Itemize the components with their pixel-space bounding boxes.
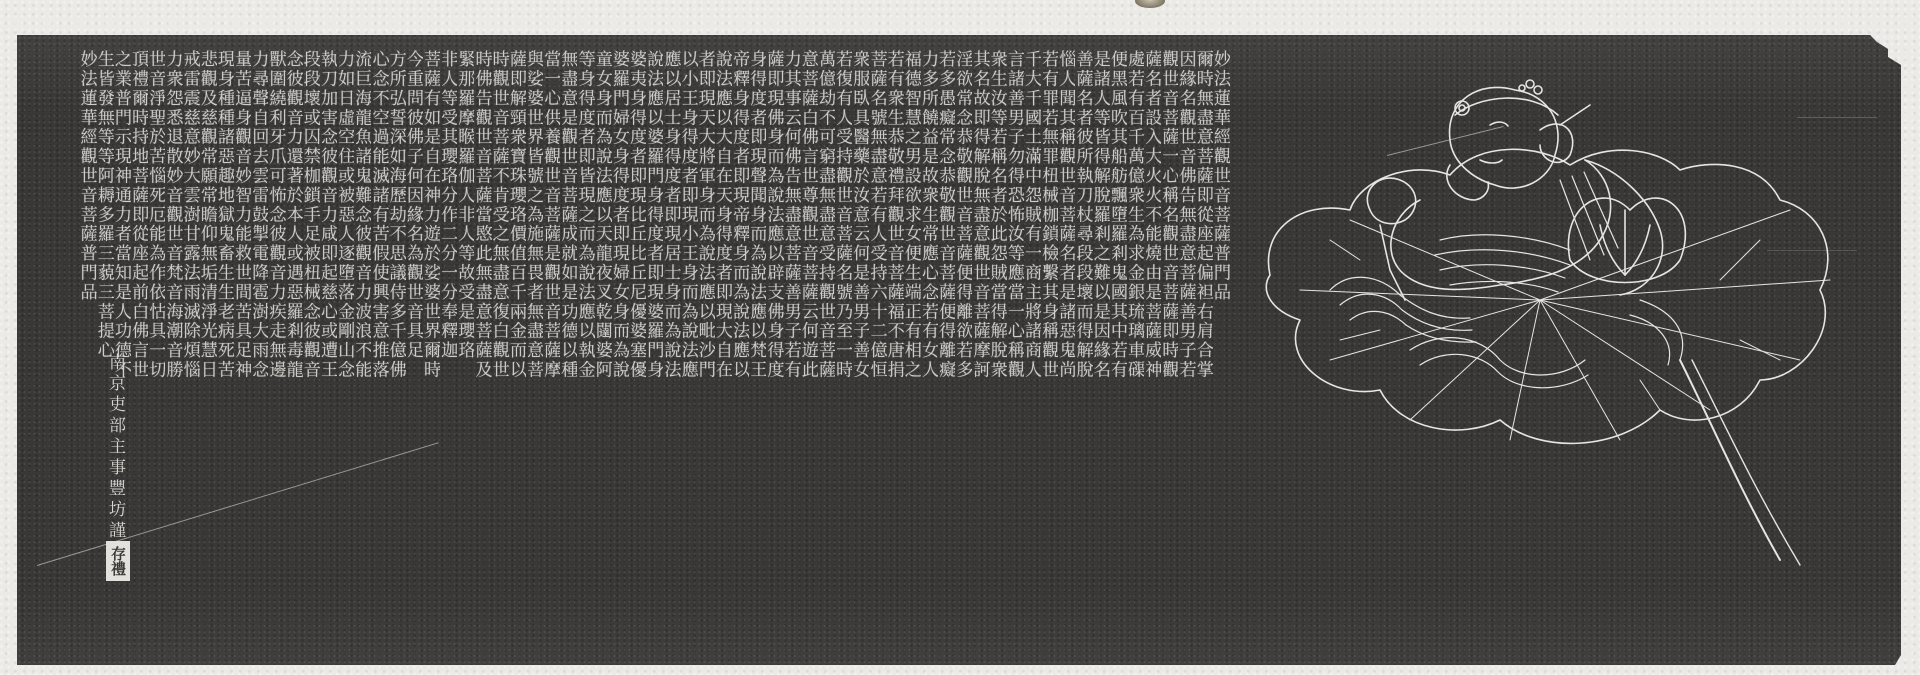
sutra-column: 帝釋身得度者即現帝釋身而為說法應以	[732, 50, 749, 595]
sutra-column: 觀世音菩薩一心稱名觀世音菩薩即時觀	[1161, 50, 1178, 595]
lotus-leaf-veins	[1300, 210, 1830, 440]
sutra-column: 者即現天大將軍身而為說法應以毗沙門	[698, 50, 715, 595]
sutra-column: 執刀加害念彼觀音力咸即起慈心或遭王	[320, 50, 337, 595]
sutra-column: 婆夷身得度者即現比丘比丘尼優婆塞優	[629, 50, 646, 595]
sutra-column: 戒雷震慈意妙大雲澍甘露法雨滅除煩惱	[183, 50, 200, 595]
sutra-column: 無盡意是觀世音菩薩成就如是功德以種	[560, 50, 577, 595]
sutra-column: 衆生汝等若稱名者於此怨賊當得解脫衆	[990, 50, 1007, 595]
sutra-column: 世音淨聖於苦惱死厄能為作依怙具一切	[148, 50, 165, 595]
sutra-text: 妙法蓮華經觀世音菩薩普門品爾時無盡意菩薩即從座起偏袒右肩合掌因緣名觀世音佛告無盡…	[80, 50, 1230, 595]
guanyin-figure	[1240, 60, 1880, 620]
sutra-column: 應以居士身得度者即現居士身而為說法	[663, 50, 680, 595]
sutra-column: 淫欲常念恭敬觀世音菩薩便得離欲若多	[955, 50, 972, 595]
sutra-column: 妙法蓮華經觀世音菩薩普門品	[1213, 50, 1230, 595]
sutra-column: 力如日虛空住或被惡人逐墮落金剛山念	[337, 50, 354, 595]
artist-seal: 存禮	[106, 541, 130, 581]
sutra-column: 福德智慧之男設欲求女便生端正有相之	[904, 50, 921, 595]
sutra-column: 若有衆生恭敬禮拜觀世音菩薩福不唐捐	[887, 50, 904, 595]
sutra-column: 其名故即得解脫無盡意觀世音菩薩摩訶	[972, 50, 989, 595]
sutra-column: 妙法蓮華經觀世音菩薩普門品	[79, 50, 96, 595]
sutra-column: 薩即現佛身而為說法應以辟支佛身得度	[766, 50, 783, 595]
sutra-column: 身得度者即現聲聞身而為說法應以梵王	[749, 50, 766, 595]
sutra-column: 衆服臥具醫藥於汝意云何是善男子善女	[852, 50, 869, 595]
sutra-column: 薩名者設入大火火不能燒由是菩薩威神	[1144, 50, 1161, 595]
sutra-column: 爾時無盡意菩薩即從座起偏袒右肩合掌	[1196, 50, 1213, 595]
hair-bun	[1540, 124, 1573, 162]
sutra-column: 量苦逼身觀音妙智力能救世間苦具足神	[234, 50, 251, 595]
sutra-column: 善薩名者彼所執刀杖尋段段壞而得解脫	[1075, 50, 1092, 595]
sutra-column: 說法應以婆羅門身得度者即現婆羅門身	[646, 50, 663, 595]
lotus-leaf-outline	[1266, 149, 1828, 443]
sutra-column: 便黑風吹其船舫飄墮羅剎鬼國其中若有	[1110, 50, 1127, 595]
sutra-column: 等身得度者即皆現之而為說法應以執金	[577, 50, 594, 595]
sutra-column: 心念不空過能滅諸有苦假使興害意推落	[371, 50, 388, 595]
sutra-column: 菩薩有如是自在神力遊於娑婆世界爾時	[423, 50, 440, 595]
sutra-column: 當一心供養觀世音菩薩是觀世音菩薩摩	[543, 50, 560, 595]
sutra-column: 言諸善男子勿得恐怖汝等應當一心稱觀	[1007, 50, 1024, 595]
sutra-column: 因緣名觀世音佛告無盡意菩薩善男子若	[1178, 50, 1195, 595]
sutra-column: 若復有人受持觀世音菩薩名號乃至一時	[835, 50, 852, 595]
sutra-column: 處若有百千萬億衆生為求金銀琉璃車磲	[1127, 50, 1144, 595]
robe-folds	[1330, 172, 1683, 388]
attendant-child	[1367, 178, 1415, 224]
sutra-column: 念彼觀音力還著於本人或遇惡羅剎毒龍	[286, 50, 303, 595]
hairpin	[1560, 105, 1590, 125]
sutra-column: 意菩薩白佛言世尊觀世音菩薩云何遊此	[801, 50, 818, 595]
sutra-column: 說法應以大自在天身得度者即現大自在	[715, 50, 732, 595]
sutra-column: 力其事云何佛告無盡意菩薩善男子若有	[784, 50, 801, 595]
sutra-column: 以小王身得度者即現小王身而為說法應	[681, 50, 698, 595]
sutra-column: 千大千國土滿中怨賊有一商主將諸商人	[1024, 50, 1041, 595]
sutra-column: 力尋聲自回去雲雷鼓掣電降雹澍大雨念	[251, 50, 268, 595]
sutra-column: 是諸人等皆得解脫羅剎之難以是因緣名	[1093, 50, 1110, 595]
sutra-column: 悲觀及慈觀常願常瞻仰無垢清淨光慧日	[200, 50, 217, 595]
hair-band	[1455, 98, 1558, 115]
sutra-column: 惱人聞其稱觀世音菩薩名者是諸惡鬼尚	[1058, 50, 1075, 595]
lotus-stem	[1680, 360, 1780, 560]
sutra-column: 菩薩名號無盡意若有人受持六十二億恒	[869, 50, 886, 595]
sutra-column: 婆羅門婦女身得度者即現婦女身而為說	[612, 50, 629, 595]
sutra-column: 萬億劫不可窮盡無盡意受持觀世音菩薩	[818, 50, 835, 595]
sutra-column: 與娑婆世界皆號之為施無畏者無盡意菩	[526, 50, 543, 595]
sutra-column: 力衆怨悉退散妙音觀世音梵音海潮音勝	[165, 50, 182, 595]
sutra-column: 頂禮爾時持地菩薩即從座起前白佛言世	[131, 50, 148, 595]
sutra-column: 若有罪若無罪杻械枷鎖檢繫其身稱觀世	[1041, 50, 1058, 595]
sutra-column: 流巨海龍魚諸鬼難念彼觀音力波浪不能	[354, 50, 371, 595]
sutra-column: 獸圍繞利牙爪可怖念彼觀音力疾走無邊	[268, 50, 285, 595]
sutra-column: 薩即解頸衆寶珠瓔珞價值百千兩金而以	[509, 50, 526, 595]
sutra-column: 非人等受其瓔珞分作二分一分奉釋迦	[440, 50, 457, 595]
sutra-column: 時觀世音菩薩不肯受之無盡意復白觀世	[492, 50, 509, 595]
sutra-column: 若多愚癡常念恭敬觀世音菩薩便得離癡	[938, 50, 955, 595]
sutra-column: 現身種種諸惡趣地獄鬼畜生生老病死苦	[217, 50, 234, 595]
sutra-column: 段段壞或囚禁枷鎖手足被杻械念彼觀音	[303, 50, 320, 595]
sutra-column: 今重問彼佛子何因緣名為觀世音具足	[406, 50, 423, 595]
sutra-column: 緊那羅摩睺羅伽人非人等故受是瓔珞	[457, 50, 474, 595]
sutra-column: 方所弘誓深如海歷劫不思議侍多千億佛	[389, 50, 406, 595]
sutra-column: 時佛告觀世音菩薩當愍此無盡意菩薩及	[474, 50, 491, 595]
sutra-column: 童女身而為說法應以天龍夜叉乾闥婆阿	[595, 50, 612, 595]
figure-robe	[1391, 160, 1611, 289]
colophon-signature: 南京吏部主事豐坊謹寫	[103, 353, 128, 563]
sutra-column: 力多所饒益是故衆生常應心念若有女人	[921, 50, 938, 595]
